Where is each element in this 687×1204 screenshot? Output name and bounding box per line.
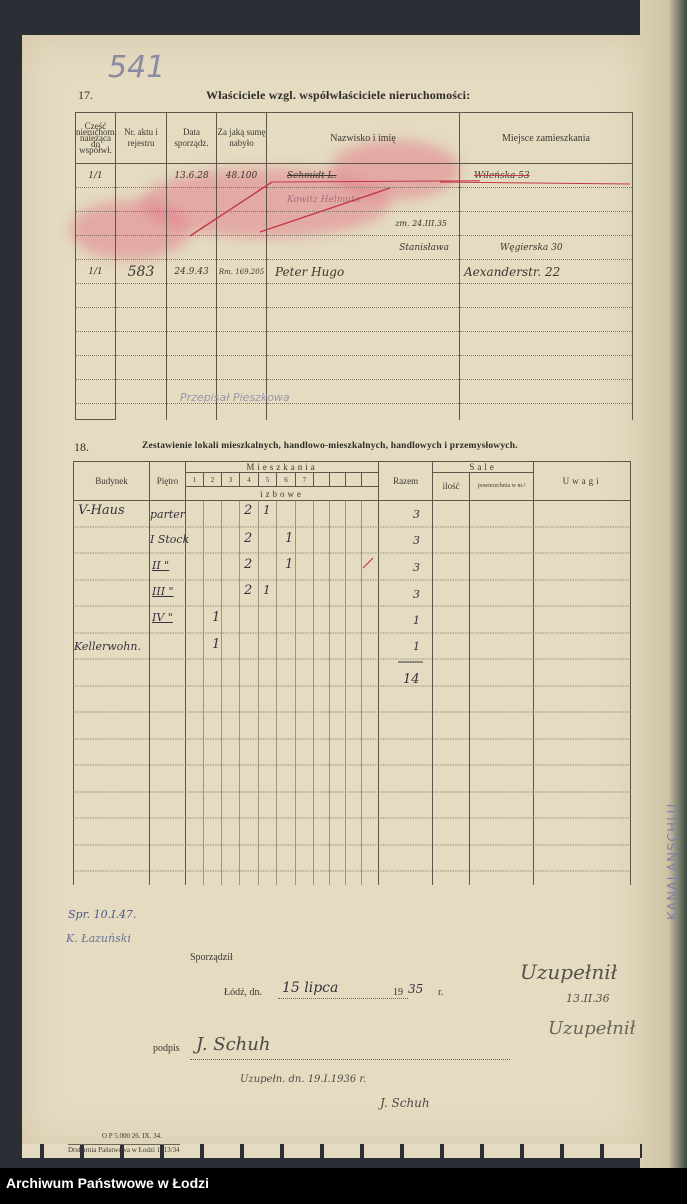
date-line <box>278 998 408 999</box>
row-count-4: 2 <box>244 557 252 572</box>
cell-act: 583 <box>116 260 167 284</box>
supplement-note: Uzupełn. dn. 19.I.1936 r. <box>240 1074 366 1085</box>
year-handwritten: 35 <box>408 982 423 996</box>
row-total: 3 <box>413 561 420 574</box>
col-remarks: Uwagi <box>534 462 631 501</box>
col-rooms-3: 3 <box>222 473 240 487</box>
cell-name: Peter Hugo <box>267 260 460 284</box>
cell-residence: Aexanderstr. 22 <box>460 260 633 284</box>
row-building: Kellerwohn. <box>74 640 141 653</box>
premises-table-body <box>73 500 631 885</box>
col-rooms-6: 6 <box>277 473 296 487</box>
page-number: 541 <box>108 50 165 85</box>
col-act-no: Nr. aktu i rejestru <box>116 113 167 164</box>
binding-spine <box>640 0 687 1168</box>
cross-out-strokes <box>180 160 480 240</box>
premises-table: Budynek Piętro Mieszkania Razem Sale Uwa… <box>73 461 631 501</box>
col-rooms-4: 4 <box>240 473 259 487</box>
section-17-title: Właściciele wzgl. współwłaściciele nieru… <box>206 88 470 103</box>
print-code: O P 5.000 26. IX. 34. <box>102 1132 162 1140</box>
col-halls: Sale <box>433 462 534 473</box>
signature-right-date: 13.II.36 <box>566 992 610 1005</box>
place-date-prefix: Łódź, dn. <box>224 987 262 998</box>
checked-note: Spr. 10.I.47. <box>68 908 136 921</box>
col-floor: Piętro <box>150 462 186 501</box>
col-apartments: Mieszkania <box>186 462 379 473</box>
cross-out-line <box>440 172 640 192</box>
row-count-4: 2 <box>244 583 252 598</box>
row-floor: III " <box>152 585 174 598</box>
row-count-2: 1 <box>212 610 220 625</box>
row-building: V-Haus <box>78 503 125 518</box>
signature-right: Uzupełnił <box>520 960 617 984</box>
printer-imprint: Drukarnia Państwowa w Łodzi 1213/34 <box>68 1144 180 1154</box>
row-count-5: 1 <box>263 583 271 597</box>
section-18-number: 18. <box>74 440 89 455</box>
col-halls-count: ilość <box>433 473 470 501</box>
row-count-5: 1 <box>263 503 271 517</box>
col-building: Budynek <box>74 462 150 501</box>
col-share: Część nieruchom. należąca do współwł. <box>76 113 116 164</box>
grand-total: 14 <box>403 672 420 687</box>
col-halls-area: powierzchnia w m.² <box>470 473 534 501</box>
cell-price: Rm. 169.205 <box>217 260 267 284</box>
row-floor: I Stock <box>150 533 189 546</box>
row-total: 3 <box>413 508 420 521</box>
signature-line <box>190 1059 510 1060</box>
cell-share: 1/1 <box>76 260 116 284</box>
row-floor: IV " <box>152 611 173 624</box>
row-count-6: 1 <box>285 531 293 546</box>
cell-share: 1/1 <box>76 164 116 188</box>
row-total: 3 <box>413 588 420 601</box>
section-17-number: 17. <box>78 88 93 103</box>
margin-note-vertical: KANALANSCHLU <box>666 803 681 920</box>
row-total: 3 <box>413 534 420 547</box>
signature-label: podpis <box>153 1043 180 1054</box>
row-floor: II " <box>152 559 169 572</box>
col-rooms-7: 7 <box>296 473 314 487</box>
col-rooms-2: 2 <box>204 473 222 487</box>
row-count-4: 2 <box>244 503 252 518</box>
section-18-title: Zestawienie lokali mieszkalnych, handlow… <box>142 441 518 451</box>
col-date: Data sporządz. <box>167 113 217 164</box>
cell-date: 24.9.43 <box>167 260 217 284</box>
col-name: Nazwisko i imię <box>267 113 460 164</box>
row-total: 1 <box>413 614 420 627</box>
row-count-4: 2 <box>244 531 252 546</box>
owners-table: Część nieruchom. należąca do współwł. Nr… <box>75 112 633 420</box>
checked-by: K. Łazuński <box>66 932 131 945</box>
table-row: 1/1 583 24.9.43 Rm. 169.205 Peter Hugo A… <box>76 260 633 284</box>
year-suffix: r. <box>438 987 443 998</box>
col-price: Za jaką sumę nabyło <box>217 113 267 164</box>
signature: J. Schuh <box>196 1034 270 1055</box>
col-rooms-1: 1 <box>186 473 204 487</box>
year-prefix: 19 <box>393 987 403 998</box>
cell-act <box>116 164 167 188</box>
row-floor: parter <box>150 508 185 521</box>
date-handwritten: 15 lipca <box>282 980 338 996</box>
supplement-sign: J. Schuh <box>380 1096 430 1110</box>
cell-residence: Węgierska 30 <box>460 236 633 260</box>
row-count-2: 1 <box>212 637 220 652</box>
prepared-label: Sporządził <box>190 952 233 963</box>
col-residence: Miejsce zamieszkania <box>460 113 633 164</box>
signature-right-2: Uzupełnił <box>548 1018 635 1039</box>
archive-footer-label: Archiwum Państwowe w Łodzi <box>6 1175 209 1191</box>
row-count-6: 1 <box>285 557 293 572</box>
pencil-note: Przepisał Pieszkowa <box>180 391 290 404</box>
row-total: 1 <box>413 640 420 653</box>
col-rooms-label: izbowe <box>186 487 379 501</box>
col-total: Razem <box>379 462 433 501</box>
col-rooms-5: 5 <box>259 473 277 487</box>
